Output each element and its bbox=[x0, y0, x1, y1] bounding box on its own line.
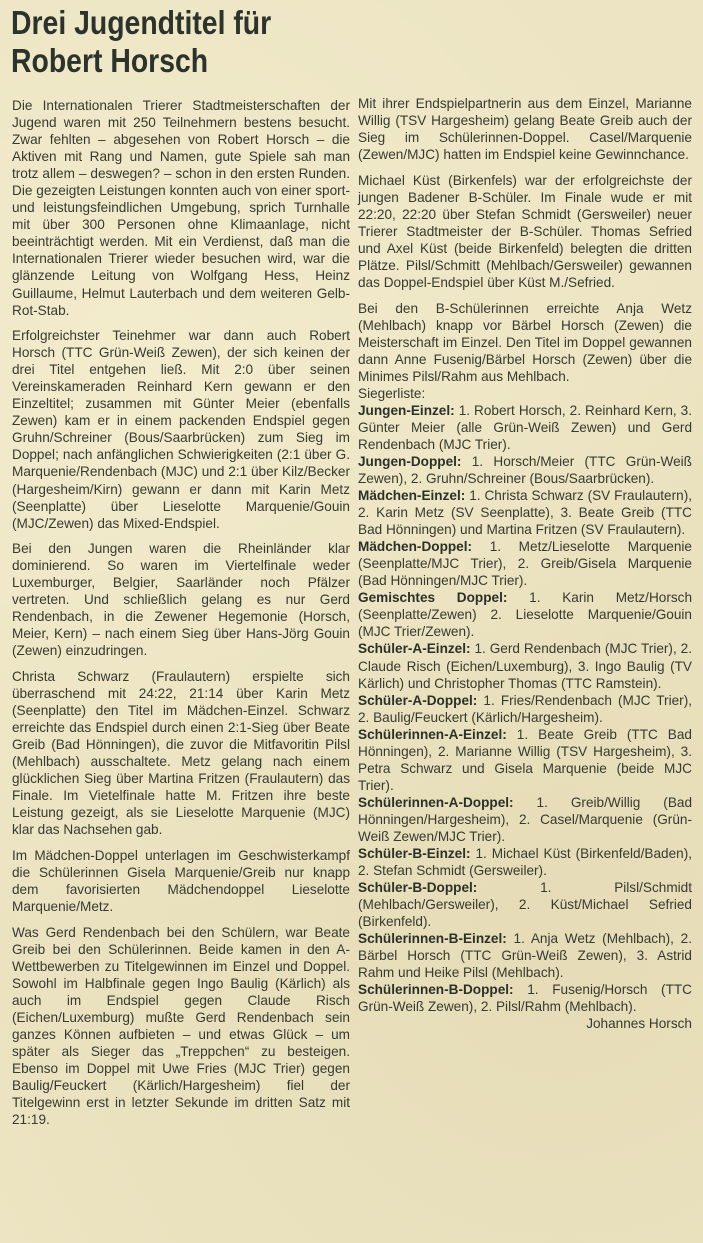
winners-entry: Gemischtes Doppel: 1. Karin Metz/Horsch … bbox=[358, 589, 692, 640]
paragraph: Christa Schwarz (Fraulautern) erspielte … bbox=[12, 668, 350, 838]
winners-category: Gemischtes Doppel: bbox=[358, 590, 507, 605]
winners-category: Schülerinnen-B-Doppel: bbox=[358, 982, 514, 997]
headline-line-1: Drei Jugendtitel für bbox=[11, 4, 271, 41]
winners-entry: Jungen-Doppel: 1. Horsch/Meier (TTC Grün… bbox=[358, 453, 692, 487]
paragraph: Was Gerd Rendenbach bei den Schülern, wa… bbox=[12, 924, 350, 1129]
paragraph: Bei den Jungen waren die Rheinländer kla… bbox=[12, 540, 350, 659]
winners-entry: Schüler-B-Einzel: 1. Michael Küst (Birke… bbox=[358, 845, 692, 879]
author-byline: Johannes Horsch bbox=[586, 1015, 692, 1032]
winners-entry: Jungen-Einzel: 1. Robert Horsch, 2. Rein… bbox=[358, 402, 692, 453]
winners-category: Mädchen-Einzel: bbox=[358, 488, 465, 503]
winners-list: Siegerliste: Jungen-Einzel: 1. Robert Ho… bbox=[358, 385, 692, 1033]
winners-category: Jungen-Doppel: bbox=[358, 454, 461, 469]
winners-category: Schüler-A-Einzel: bbox=[358, 641, 471, 656]
headline: Drei Jugendtitel für Robert Horsch bbox=[11, 4, 372, 80]
winners-category: Jungen-Einzel: bbox=[358, 403, 455, 418]
winners-entry: Mädchen-Doppel: 1. Metz/Lieselotte Marqu… bbox=[358, 538, 692, 589]
winners-category: Schülerinnen-B-Einzel: bbox=[358, 931, 507, 946]
winners-entry: Schülerinnen-B-Einzel: 1. Anja Wetz (Meh… bbox=[358, 930, 692, 981]
winners-entry: Schülerinnen-A-Doppel: 1. Greib/Willig (… bbox=[358, 794, 692, 845]
paragraph: Mit ihrer Endspielpartnerin aus dem Einz… bbox=[358, 95, 692, 163]
winners-entry: Schülerinnen-B-Doppel: 1. Fusenig/Horsch… bbox=[358, 981, 692, 1015]
winners-category: Schülerinnen-A-Doppel: bbox=[358, 795, 514, 810]
column-divider bbox=[352, 95, 353, 1155]
winners-entry: Schüler-B-Doppel: 1. Pilsl/Schmidt (Mehl… bbox=[358, 879, 692, 930]
paragraph: Michael Küst (Birkenfels) war der erfolg… bbox=[358, 172, 692, 291]
winners-entry: Mädchen-Einzel: 1. Christa Schwarz (SV F… bbox=[358, 487, 692, 538]
winners-category: Schülerinnen-A-Einzel: bbox=[358, 727, 507, 742]
paragraph: Die Internationalen Trierer Stadtmeister… bbox=[12, 97, 350, 319]
winners-category: Schüler-B-Doppel: bbox=[358, 880, 477, 895]
winners-heading: Siegerliste: bbox=[358, 385, 692, 402]
winners-category: Schüler-A-Doppel: bbox=[358, 693, 477, 708]
final-entry-with-byline: Johannes Horsch bbox=[358, 1015, 692, 1032]
left-column: Die Internationalen Trierer Stadtmeister… bbox=[12, 97, 350, 1137]
paragraph: Bei den B-Schülerinnen erreichte Anja We… bbox=[358, 300, 692, 385]
winners-entry: Schüler-A-Einzel: 1. Gerd Rendenbach (MJ… bbox=[358, 640, 692, 691]
headline-line-2: Robert Horsch bbox=[11, 42, 208, 79]
winners-category: Schüler-B-Einzel: bbox=[358, 846, 471, 861]
paragraph: Im Mädchen-Doppel unterlagen im Geschwis… bbox=[12, 847, 350, 915]
winners-entry: Schüler-A-Doppel: 1. Fries/Rendenbach (M… bbox=[358, 692, 692, 726]
winners-category: Mädchen-Doppel: bbox=[358, 539, 472, 554]
winners-entry: Schülerinnen-A-Einzel: 1. Beate Greib (T… bbox=[358, 726, 692, 794]
right-column: Mit ihrer Endspielpartnerin aus dem Einz… bbox=[358, 95, 692, 1041]
paragraph: Erfolgreichster Teinehmer war dann auch … bbox=[12, 327, 350, 532]
